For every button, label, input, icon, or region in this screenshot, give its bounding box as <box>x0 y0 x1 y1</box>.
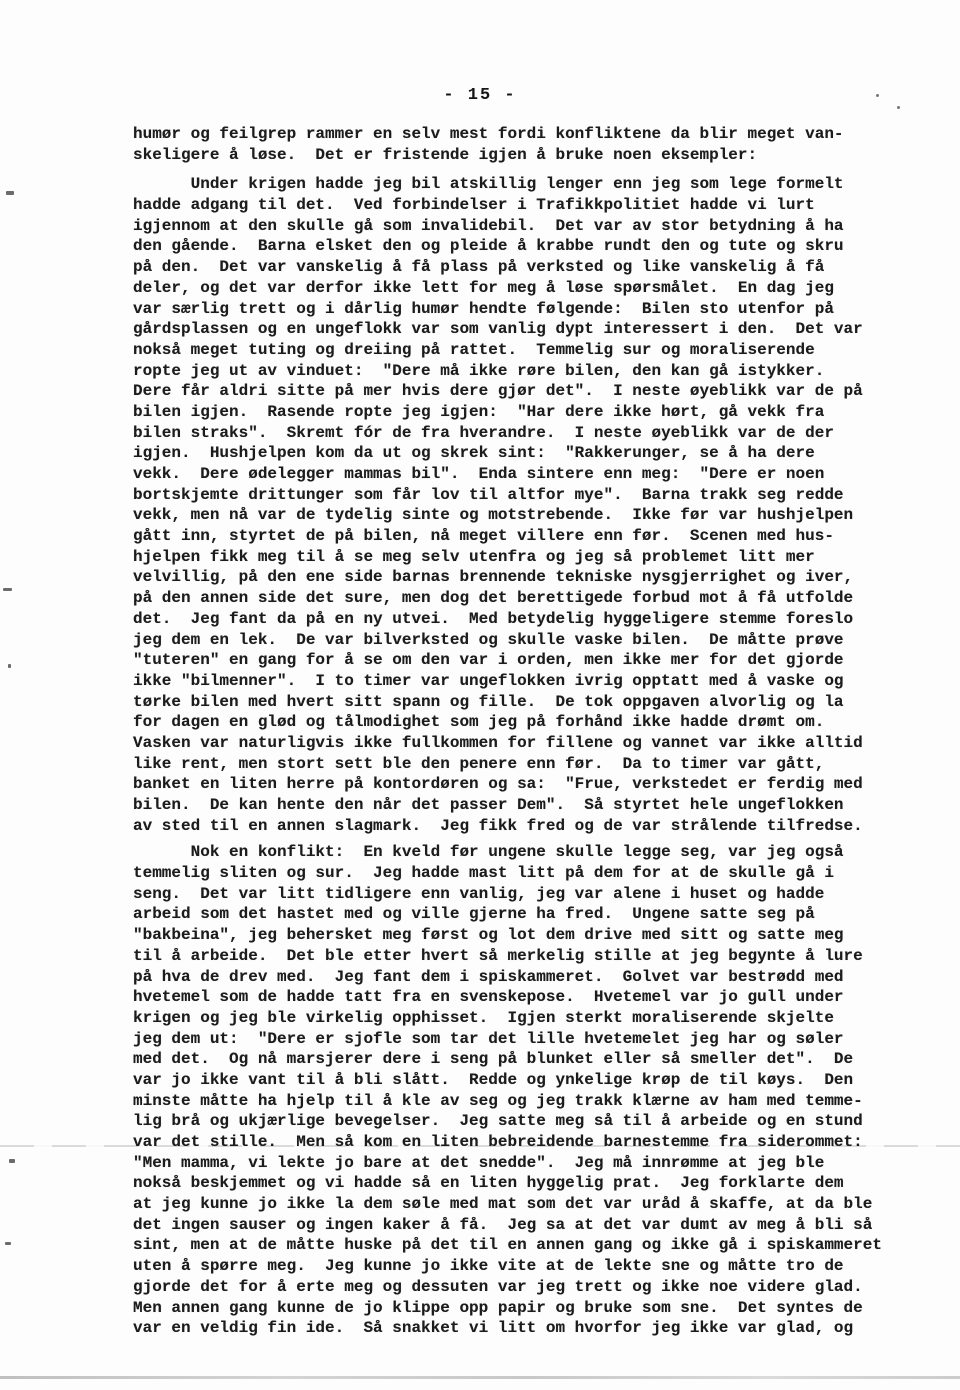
text-line: at jeg kunne jo ikke la dem søle med mat… <box>133 1194 943 1215</box>
text-line: tørke bilen med hvert sitt spann og fill… <box>133 692 943 713</box>
scan-speck <box>897 106 900 109</box>
text-line: uten å spørre meg. Jeg kunne jo ikke vit… <box>133 1256 943 1277</box>
text-line: lig brå og ukjærlige bevegelser. Jeg sat… <box>133 1111 943 1132</box>
scan-speck <box>3 588 12 591</box>
text-line: hjelpen fikk meg til å se meg selv utenf… <box>133 547 943 568</box>
text-line: minste måtte ha hjelp til å kle av seg o… <box>133 1091 943 1112</box>
page-number: - 15 - <box>0 86 960 105</box>
text-line: Men annen gang kunne de jo klippe opp pa… <box>133 1298 943 1319</box>
text-line: banket en liten herre på kontordøren og … <box>133 774 943 795</box>
text-line: jeg dem ut: "Dere er sjofle som tar det … <box>133 1029 943 1050</box>
text-line: deler, og det var derfor ikke lett for m… <box>133 278 943 299</box>
text-line: på hva de drev med. Jeg fant dem i spisk… <box>133 967 943 988</box>
scan-speck <box>8 664 11 668</box>
text-line: krigen og jeg ble virkelig opphisset. Ig… <box>133 1008 943 1029</box>
text-line: på den annen side det sure, men dog det … <box>133 588 943 609</box>
text-line: var det stille. Men så kom en liten bebr… <box>133 1132 943 1153</box>
text-line: den gående. Barna elsket den og pleide å… <box>133 236 943 257</box>
text-line: "tuteren" en gang for å se om den var i … <box>133 650 943 671</box>
text-line: seng. Det var litt tidligere enn vanlig,… <box>133 884 943 905</box>
text-line: ropte jeg ut av vinduet: "Dere må ikke r… <box>133 361 943 382</box>
text-line: Nok en konflikt: En kveld før ungene sku… <box>133 842 943 863</box>
text-line: arbeid som det hastet med og ville gjern… <box>133 904 943 925</box>
paragraph-flour-story: Nok en konflikt: En kveld før ungene sku… <box>133 842 943 1339</box>
text-line: gårdsplassen og en ungeflokk var som van… <box>133 319 943 340</box>
text-line: på den. Det var vanskelig å få plass på … <box>133 257 943 278</box>
text-line: med det. Og nå marsjerer dere i seng på … <box>133 1049 943 1070</box>
text-line: bilen. De kan hente den når det passer D… <box>133 795 943 816</box>
text-line: det ingen sauser og ingen kaker å få. Je… <box>133 1215 943 1236</box>
text-line: var jo ikke vant til å bli slått. Redde … <box>133 1070 943 1091</box>
paragraph-car-story: Under krigen hadde jeg bil atskillig len… <box>133 174 943 836</box>
text-line: gjorde det for å erte meg og dessuten va… <box>133 1277 943 1298</box>
text-line: like rent, men stort sett ble den penere… <box>133 754 943 775</box>
text-line: temmelig sliten og sur. Jeg hadde mast l… <box>133 863 943 884</box>
scan-speck <box>876 94 879 97</box>
text-line: Under krigen hadde jeg bil atskillig len… <box>133 174 943 195</box>
text-line: jeg dem en lek. De var bilverksted og sk… <box>133 630 943 651</box>
text-line: ikke "bilmenner". I to timer var ungeflo… <box>133 671 943 692</box>
text-line: vekk, men nå var de tydelig sinte og mot… <box>133 505 943 526</box>
text-line: for dagen en glød og tålmodighet som jeg… <box>133 712 943 733</box>
text-line: nokså beskjemmet og vi hadde så en liten… <box>133 1173 943 1194</box>
text-line: bortskjemte drittunger som får lov til a… <box>133 485 943 506</box>
text-line: skeligere å løse. Det er fristende igjen… <box>133 145 943 166</box>
paragraph-continuation: humør og feilgrep rammer en selv mest fo… <box>133 124 943 165</box>
scanned-document-page: - 15 - humør og feilgrep rammer en selv … <box>0 0 960 1390</box>
text-line: "bakbeina", jeg behersket meg først og l… <box>133 925 943 946</box>
text-line: vekk. Dere ødelegger mammas bil". Enda s… <box>133 464 943 485</box>
text-line: det. Jeg fant da på en ny utvei. Med bet… <box>133 609 943 630</box>
text-line: av sted til en annen slagmark. Jeg fikk … <box>133 816 943 837</box>
scan-speck <box>5 1242 11 1245</box>
text-line: velvillig, på den ene side barnas brenne… <box>133 567 943 588</box>
text-line: igjen. Hushjelpen kom da ut og skrek sin… <box>133 443 943 464</box>
scan-speck <box>9 1159 15 1163</box>
text-line: Vasken var naturligvis ikke fullkommen f… <box>133 733 943 754</box>
text-line: hvetemel som de hadde tatt fra en svensk… <box>133 987 943 1008</box>
text-line: var særlig trett og i dårlig humør hendt… <box>133 299 943 320</box>
text-line: til å arbeide. Det ble etter hvert så me… <box>133 946 943 967</box>
text-line: "Men mamma, vi lekte jo bare at det sned… <box>133 1153 943 1174</box>
text-line: nokså meget tuting og dreiing på rattet.… <box>133 340 943 361</box>
text-line: Dere får aldri sitte på mer hvis dere gj… <box>133 381 943 402</box>
document-text: humør og feilgrep rammer en selv mest fo… <box>133 124 943 1339</box>
text-line: igjennom at den skulle gå som invalidebi… <box>133 216 943 237</box>
text-line: gått inn, styrtet de på bilen, nå meget … <box>133 526 943 547</box>
text-line: humør og feilgrep rammer en selv mest fo… <box>133 124 943 145</box>
bottom-edge-line <box>0 1376 960 1379</box>
text-line: bilen straks". Skremt fór de fra hverand… <box>133 423 943 444</box>
scan-speck <box>6 191 14 195</box>
text-line: bilen igjen. Rasende ropte jeg igjen: "H… <box>133 402 943 423</box>
text-line: sint, men at de måtte huske på det til e… <box>133 1235 943 1256</box>
text-line: hadde adgang til det. Ved forbindelser i… <box>133 195 943 216</box>
text-line: var en veldig fin ide. Så snakket vi lit… <box>133 1318 943 1339</box>
